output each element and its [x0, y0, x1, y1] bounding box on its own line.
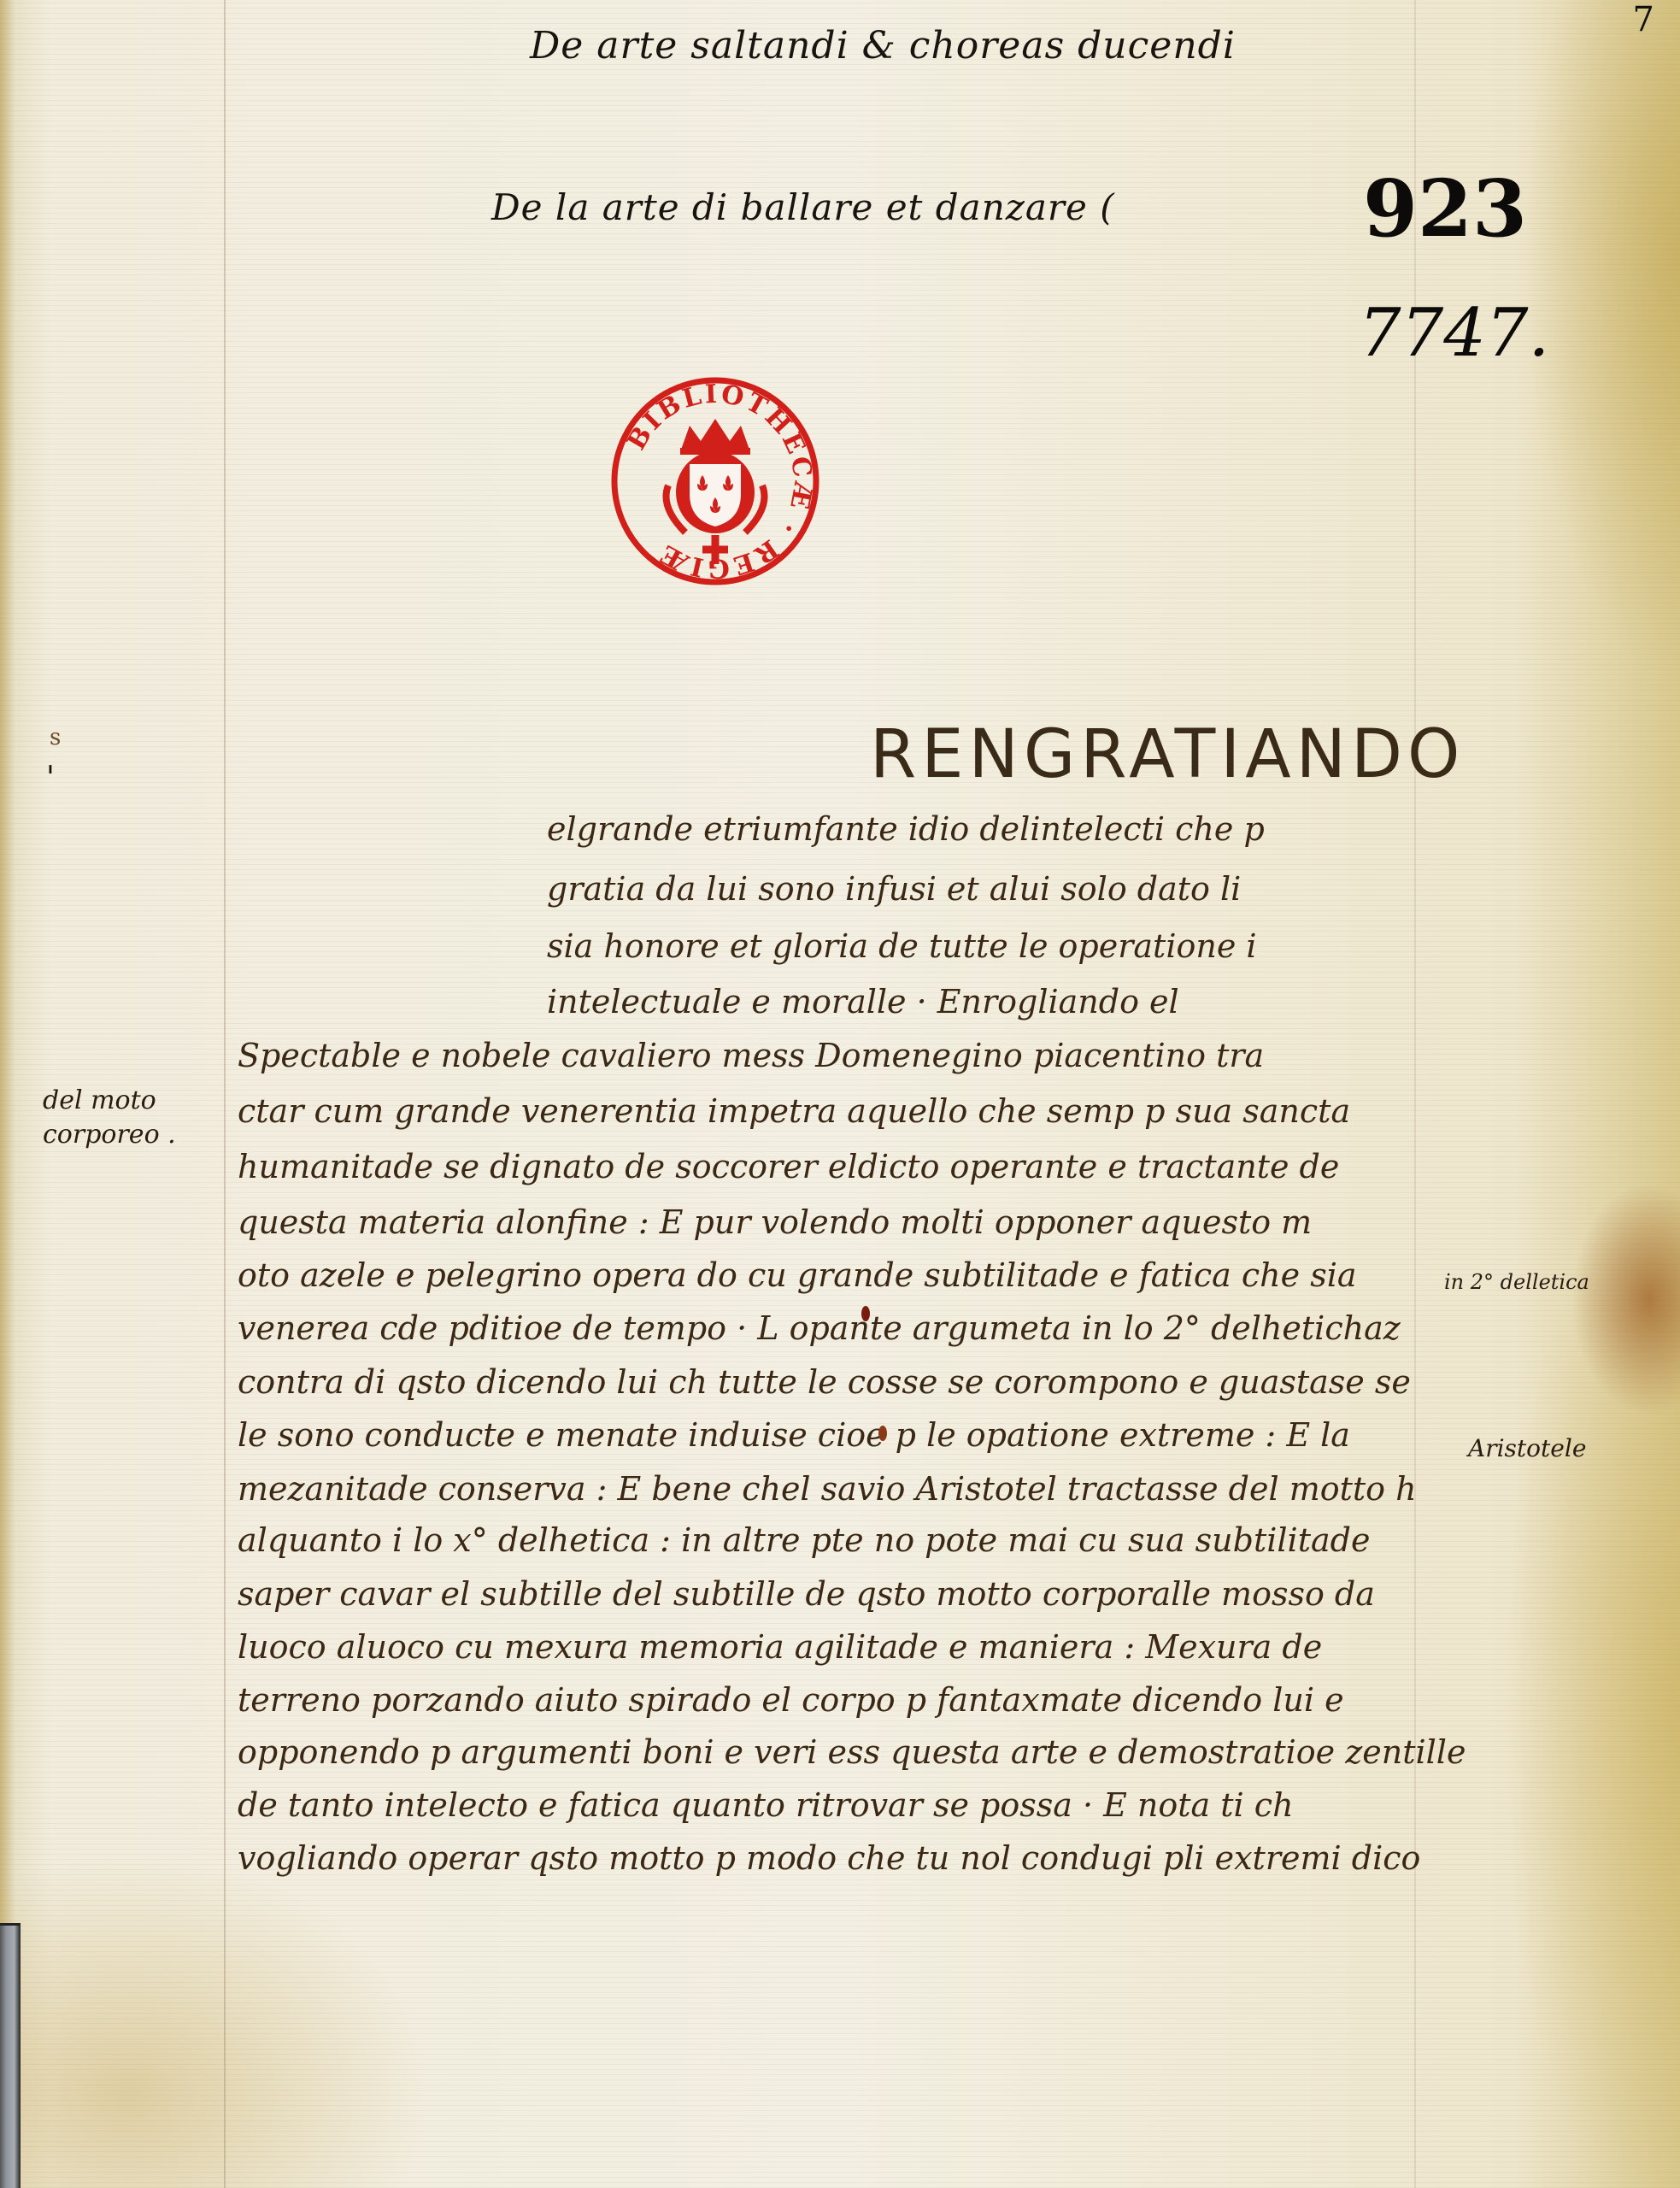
text-line: vogliando operar qsto motto p modo che t…: [238, 1839, 1420, 1877]
text-line: saper cavar el subtille del subtille de …: [238, 1575, 1375, 1613]
margin-note-left: del moto corporeo .: [43, 1084, 176, 1152]
text-line: de tanto intelecto e fatica quanto ritro…: [238, 1786, 1294, 1824]
margin-note-left-line: corporeo .: [43, 1118, 176, 1152]
text-line: opponendo p argumenti boni e veri ess qu…: [238, 1733, 1466, 1771]
text-line: contra di qsto dicendo lui ch tutte le c…: [238, 1363, 1411, 1401]
edge-mark-tick: ': [46, 761, 55, 796]
italian-title: De la arte di ballare et danzare (: [491, 186, 1115, 228]
text-line: gratia da lui sono infusi et alui solo d…: [547, 870, 1241, 908]
binding-strip: [0, 1923, 21, 2188]
margin-note-aristotle: Aristotele: [1468, 1432, 1586, 1466]
latin-title: De arte saltandi & choreas ducendi: [530, 24, 1236, 68]
shelf-mark-primary: 923: [1363, 162, 1527, 255]
text-line: oto azele e pelegrino opera do cu grande…: [238, 1256, 1357, 1294]
text-line: Spectable e nobele cavaliero mess Domene…: [238, 1037, 1264, 1074]
text-line: venerea cde pditioe de tempo · L opante …: [238, 1309, 1401, 1347]
text-line: elgrande etriumfante idio delintelecti c…: [547, 810, 1265, 848]
incipit-heading: RENGRATIANDO: [870, 716, 1465, 793]
text-line: questa materia alonfine : E pur volendo …: [238, 1203, 1312, 1241]
text-line: le sono conducte e menate induise cioe p…: [238, 1416, 1350, 1454]
red-ink-blot: [861, 1306, 870, 1321]
manuscript-page: De arte saltandi & choreas ducendi De la…: [0, 0, 1680, 2188]
red-ink-blot: [878, 1426, 887, 1441]
text-line: terreno porzando aiuto spirado el corpo …: [238, 1681, 1344, 1719]
text-line: ctar cum grande venerentia impetra aquel…: [238, 1092, 1350, 1130]
text-line: sia honore et gloria de tutte le operati…: [547, 927, 1257, 965]
shelf-mark-secondary: 7747.: [1359, 295, 1549, 372]
edge-mark-s: s: [50, 725, 61, 750]
text-line: humanitade se dignato de soccorer eldict…: [238, 1148, 1339, 1185]
folio-mark: 7: [1633, 0, 1654, 39]
bibliotheca-regia-stamp: BIBLIOTHECÆ · REGIÆ: [608, 374, 822, 588]
text-line: alquanto i lo x° delhetica : in altre pt…: [238, 1521, 1370, 1559]
royal-library-seal-icon: BIBLIOTHECÆ · REGIÆ: [608, 374, 822, 588]
margin-note-left-line: del moto: [43, 1084, 176, 1118]
margin-note-ethica: in 2° delletica: [1444, 1265, 1589, 1299]
margin-rule-left: [224, 0, 226, 2188]
text-line: intelectuale e moralle · Enrogliando el: [547, 983, 1179, 1020]
text-line: mezanitade conserva : E bene chel savio …: [238, 1470, 1417, 1508]
text-line: luoco aluoco cu mexura memoria agilitade…: [238, 1628, 1322, 1666]
